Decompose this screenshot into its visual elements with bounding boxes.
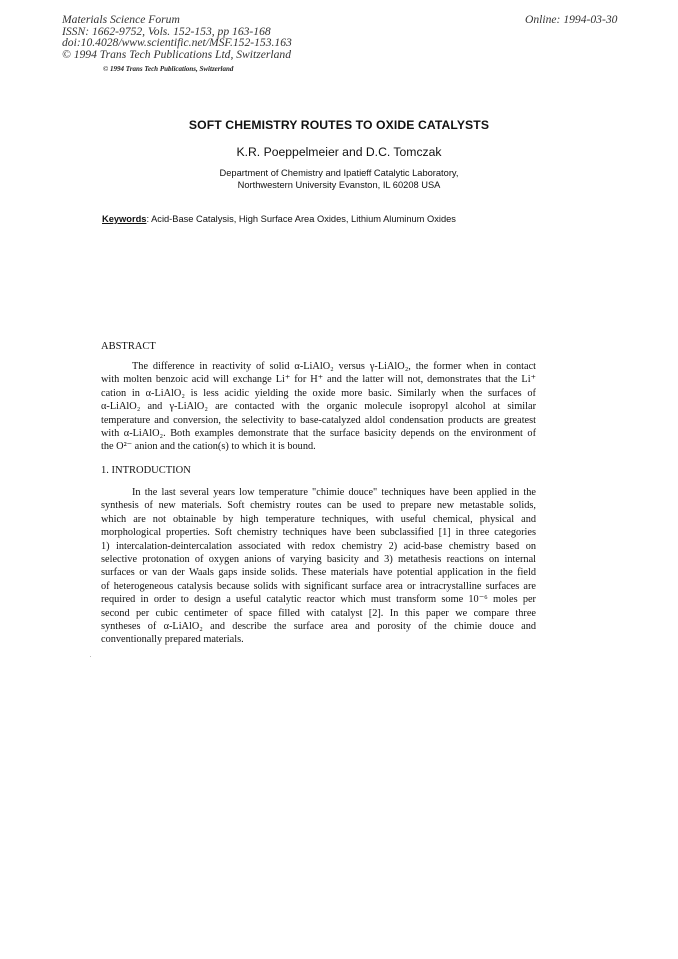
introduction-body: In the last several years low temperatur…: [101, 486, 536, 647]
introduction-line: In the last several years low temperatur…: [101, 486, 536, 499]
introduction-line: synthesis of new materials. Soft chemist…: [101, 499, 536, 512]
abstract-line: with α-LiAlO₂. Both examples demonstrate…: [101, 427, 536, 440]
introduction-line: of heterogeneous catalysis because solid…: [101, 580, 536, 593]
keywords-list: : Acid-Base Catalysis, High Surface Area…: [146, 214, 456, 224]
introduction-heading: 1. INTRODUCTION: [101, 465, 191, 476]
keywords: Keywords: Acid-Base Catalysis, High Surf…: [102, 214, 456, 224]
keywords-label: Keywords: [102, 214, 146, 224]
abstract-heading: ABSTRACT: [101, 341, 156, 352]
introduction-line: second per cubic centimeter of space fil…: [101, 607, 536, 620]
introduction-line: selective protonation of oxygen anions o…: [101, 553, 536, 566]
paper-authors: K.R. Poeppelmeier and D.C. Tomczak: [0, 145, 678, 159]
introduction-line: morphological properties. Soft chemistry…: [101, 526, 536, 539]
abstract-line: with molten benzoic acid will exchange L…: [101, 373, 536, 386]
scan-speck: [90, 656, 91, 657]
introduction-line: conventionally prepared materials.: [101, 633, 536, 646]
affiliation-line: Northwestern University Evanston, IL 602…: [0, 179, 678, 191]
online-date: Online: 1994-03-30: [525, 14, 617, 26]
affiliation-line: Department of Chemistry and Ipatieff Cat…: [0, 167, 678, 179]
abstract-line: cation in α-LiAlO₂ is less acidic yieldi…: [101, 387, 536, 400]
introduction-line: surfaces or van der Waals gaps inside so…: [101, 566, 536, 579]
affiliation: Department of Chemistry and Ipatieff Cat…: [0, 167, 678, 191]
abstract-line: α-LiAlO₂ and γ-LiAlO₂ are contacted with…: [101, 400, 536, 413]
paper-title: SOFT CHEMISTRY ROUTES TO OXIDE CATALYSTS: [0, 118, 678, 132]
abstract-line: the O²⁻ anion and the cation(s) to which…: [101, 440, 536, 453]
abstract-line: temperature and conversion, the selectiv…: [101, 414, 536, 427]
introduction-line: syntheses of α-LiAlO₂ and describe the s…: [101, 620, 536, 633]
publisher-stamp: © 1994 Trans Tech Publications, Switzerl…: [103, 65, 233, 73]
journal-copyright: © 1994 Trans Tech Publications Ltd, Swit…: [62, 49, 292, 61]
journal-citation-header: Materials Science Forum ISSN: 1662-9752,…: [62, 14, 292, 60]
abstract-line: The difference in reactivity of solid α-…: [101, 360, 536, 373]
journal-name: Materials Science Forum: [62, 14, 292, 26]
abstract-body: The difference in reactivity of solid α-…: [101, 360, 536, 454]
introduction-line: 1) intercalation-deintercalation associa…: [101, 540, 536, 553]
introduction-line: which are not obtainable by high tempera…: [101, 513, 536, 526]
introduction-line: required in order to design a useful cat…: [101, 593, 536, 606]
